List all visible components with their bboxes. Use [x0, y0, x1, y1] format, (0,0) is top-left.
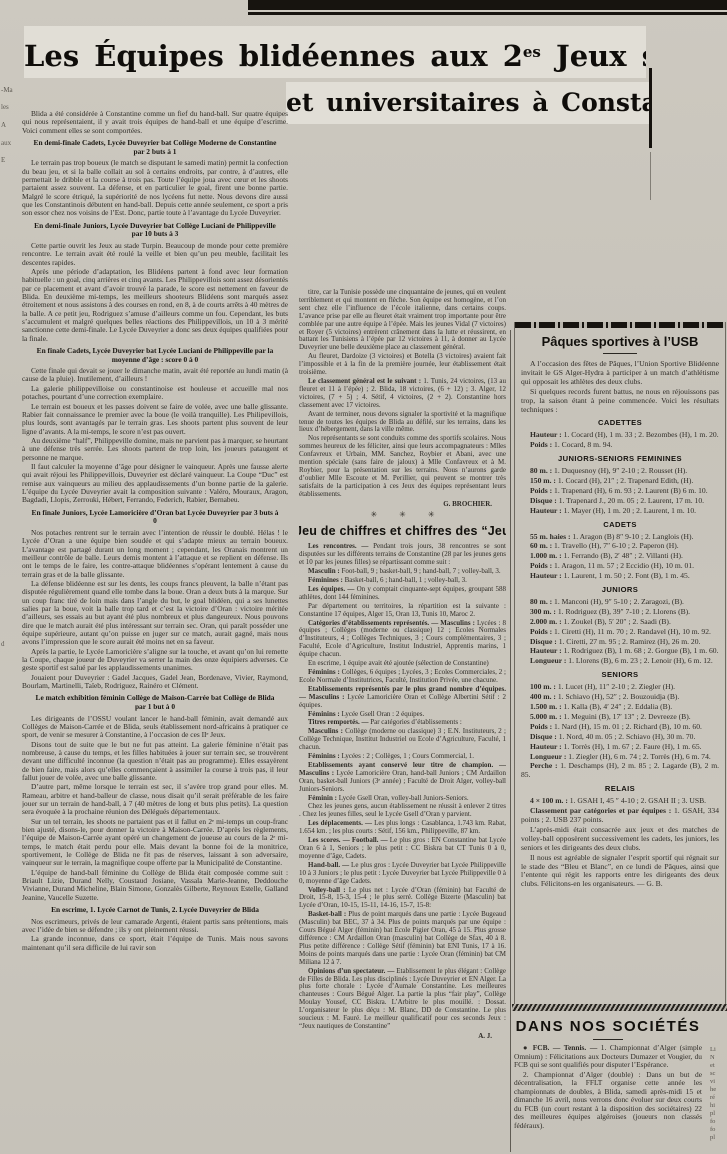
block-lead: 100 m. :	[530, 682, 556, 691]
block-text: 1. Rodriguez (B), 1 m. 68 ; 2. Gorgue (B…	[562, 646, 719, 655]
text-block: D’autre part, même lorsque le terrain es…	[22, 783, 288, 816]
block-lead: 80 m. :	[530, 597, 552, 606]
sub-headline: et universitaires à Constantine	[286, 82, 650, 124]
text-block: 300 m. : 1. Rodriguez (B), 39″ 7-10 ; 2.…	[521, 608, 719, 617]
text-block: Chez les jeunes gens, aucun établissemen…	[299, 803, 506, 819]
headline-rule	[649, 68, 652, 148]
block-lead: Féminines :	[308, 576, 343, 584]
block-text: Basket-ball, 6 ; hand-ball, 1 ; volley-b…	[343, 576, 467, 584]
block-lead: Féminin :	[308, 794, 337, 802]
block-text: Jouaient pour Duveyrier : Gadel Jacques,…	[22, 673, 288, 690]
block-text: Il faut calculer la moyenne d’âge pour d…	[22, 462, 288, 504]
block-text: 1. Ciretti (H), 11 m. 70 ; 2. Randavel (…	[552, 627, 711, 636]
text-block: Jouaient pour Duveyrier : Gadel Jacques,…	[22, 674, 288, 691]
block-text: Disons tout de suite que le but ne fut p…	[22, 740, 288, 782]
middle-column: titre, car la Tunisie possède une cinqua…	[299, 289, 506, 1152]
block-text: 1. Cocard (H), 21″ ; 2. Trapenard Edith,…	[556, 476, 693, 485]
text-block: 1.500 m. : 1. Kalla (B), 4′ 24″ ; 2. Edd…	[521, 703, 719, 712]
block-text: Foot-ball, 9 ; basket-ball, 9 ; hand-bal…	[340, 567, 501, 575]
text-block: Il faut calculer la moyenne d’âge pour d…	[22, 463, 288, 505]
block-text: Cette partie ouvrit les Jeux au stade Tu…	[22, 241, 288, 267]
text-block: 4 × 100 m. : 1. GSAH I, 45 ″ 4-10 ; 2. G…	[521, 797, 719, 806]
block-text: Avant de terminer, nous devons signaler …	[299, 410, 506, 434]
block-lead: 1.000 m. :	[530, 551, 562, 560]
text-block: Nos représentants se sont conduits comme…	[299, 435, 506, 498]
text-block: La galerie philippevilloise ou constanti…	[22, 385, 288, 402]
block-lead: Hauteur :	[530, 506, 562, 515]
block-text: 1. Llorens (B), 6 m. 23 ; 2. Lenoir (H),…	[566, 656, 712, 665]
block-text: A. J.	[478, 1032, 492, 1040]
text-block: Féminins : Lycée Gsell Oran : 2 équipes.	[299, 711, 506, 719]
block-text: Jeu de chiffres et chiffres des “Jeux”	[299, 524, 506, 538]
block-text: Nos escrimeurs, privés de leur camarade …	[22, 917, 288, 934]
masthead-bar-thin	[248, 12, 727, 15]
block-lead: Féminins :	[308, 668, 340, 676]
block-text: La défense blidéenne est sur les dents, …	[22, 579, 288, 646]
block-lead: Longueur :	[530, 752, 566, 761]
text-block: Le match exhibition féminin Collège de M…	[30, 694, 280, 711]
text-block: Avant de terminer, nous devons signaler …	[299, 411, 506, 435]
block-text: L’équipe de hand-ball féminine du Collèg…	[22, 868, 288, 902]
block-text: La galerie philippevilloise ou constanti…	[22, 384, 288, 401]
block-lead: Les rencontres. —	[308, 542, 368, 550]
text-block: 2.000 m. : 1. Zoukel (B), 5′ 20″ ; 2. Sa…	[521, 618, 719, 627]
block-text: Lycées : 2 ; Collèges, 1 ; Cours Commerc…	[340, 752, 474, 760]
block-text: 1. Lucet (H), 11″ 2-10 ; 2. Ziegler (H).	[556, 682, 675, 691]
block-text: En demi-finale Juniors, Lycée Duveyrier …	[34, 221, 276, 239]
text-block: 80 m. : 1. Duquesnoy (H), 9″ 2-10 ; 2. R…	[521, 467, 719, 476]
text-block: Volley-ball : Le plus net : Lycée d’Oran…	[299, 887, 506, 911]
text-block: En finale Cadets, Lycée Duveyrier bat Ly…	[30, 347, 280, 364]
text-block: Hauteur : 1. Cocard (H), 1 m. 33 ; 2. Be…	[521, 431, 719, 440]
edge-fragment: E	[1, 156, 5, 164]
text-block: Poids : 1. Nard (H), 15 m. 01 ; 2. Richa…	[521, 723, 719, 732]
block-text: 1. Manconi (H), 9″ 5-10 ; 2. Zaragozi, (…	[552, 597, 684, 606]
text-block: En demi-finale Cadets, Lycée Duveyrier b…	[30, 139, 280, 156]
block-lead: Titres remportés. —	[308, 718, 368, 726]
block-text: 1. Trapenard (H), 6 m. 93 ; 2. Laurent (…	[552, 486, 707, 495]
text-block: Les dirigeants de l’OSSU voulant lancer …	[22, 715, 288, 740]
text-block: Féminins : Lycées : 2 ; Collèges, 1 ; Co…	[299, 753, 506, 761]
block-lead: Basket-ball :	[308, 910, 346, 918]
block-text: 1. GSAH I, 45 ″ 4-10 ; 2. GSAH II ; 3. U…	[568, 796, 706, 805]
block-text: Le terrain est boueux et les passes doiv…	[22, 402, 288, 436]
text-block: Au fleuret, Dardoize (3 victoires) et Bo…	[299, 353, 506, 377]
block-text: 1. Aragon, 11 m. 57 ; 2 Eccidio (H), 10 …	[552, 561, 694, 570]
block-text: 1. Ferrando (B), 2′ 48″ ; 2. Villanti (H…	[562, 551, 683, 560]
block-lead: Le classement général est le suivant :	[308, 377, 421, 385]
block-text: Blida a été considérée à Constantine com…	[22, 110, 288, 135]
text-block: A l’occasion des fêtes de Pâques, l’Unio…	[521, 360, 719, 387]
block-text: CADETTES	[598, 418, 642, 427]
edge-fragment: les	[1, 103, 9, 111]
text-block: Longueur : 1. Ziegler (H), 6 m. 74 ; 2. …	[521, 753, 719, 762]
block-text: 1. Zoukel (B), 5′ 20″ ; 2. Saadi (B).	[562, 617, 671, 626]
text-block: Titres remportés. — Par catégories d’éta…	[299, 719, 506, 727]
text-block: 150 m. : 1. Cocard (H), 21″ ; 2. Trapena…	[521, 477, 719, 486]
text-block: Les rencontres. — Pendant trois jours, 3…	[299, 543, 506, 567]
edge-fragment: pl	[710, 1134, 715, 1142]
text-block: Le terrain pas trop boueux (le match se …	[22, 159, 288, 217]
block-lead: 60 m. :	[530, 541, 552, 550]
text-block: Blida a été considérée à Constantine com…	[22, 110, 288, 135]
block-lead: Hand-ball. —	[308, 861, 349, 869]
box-chain-border	[515, 322, 725, 328]
block-text: RELAIS	[605, 784, 635, 793]
block-lead: Hauteur :	[530, 571, 562, 580]
text-block: Hand-ball. — Le plus gros : Lycée Duveyr…	[299, 862, 506, 886]
block-text: 1. Schiavo (H), 52″ ; 2. Bouzouidja (B).	[556, 692, 679, 701]
text-block: Poids : 1. Aragon, 11 m. 57 ; 2 Eccidio …	[521, 562, 719, 571]
block-lead: Hauteur :	[530, 742, 562, 751]
text-block: CADETS	[521, 521, 719, 530]
masthead-bar	[248, 0, 727, 10]
block-lead: Catégories d’établissements représentés.…	[308, 619, 475, 627]
block-lead: Les équipes. —	[308, 585, 354, 593]
text-block: G. BROCHIER.	[299, 501, 506, 509]
block-lead: Féminins :	[308, 710, 340, 718]
edge-fragment: fo	[710, 1118, 715, 1126]
text-block: Basket-ball : Plus de point marqués dans…	[299, 911, 506, 966]
block-text: 1. Meguini (B), 17′ 13″ ; 2. Devreeze (B…	[562, 712, 691, 721]
block-text: En demi-finale Cadets, Lycée Duveyrier b…	[34, 138, 277, 156]
block-text: D’autre part, même lorsque le terrain es…	[22, 782, 288, 816]
text-block: Catégories d’établissements représentés.…	[299, 620, 506, 660]
left-column: Blida a été considérée à Constantine com…	[22, 110, 288, 1152]
edge-fragment: ré	[710, 1094, 715, 1102]
text-block: Etablissements représentés par le plus g…	[299, 686, 506, 710]
block-text: CADETS	[603, 520, 637, 529]
block-text: Chez les jeunes gens, aucun établissemen…	[299, 802, 506, 818]
block-text: Lycée Gsell Oran : 2 équipes.	[340, 710, 425, 718]
block-text: Le match exhibition féminin Collège de M…	[36, 693, 275, 711]
block-text: 1. Cocard (H), 1 m. 33 ; 2. Bezombes (H)…	[562, 430, 719, 439]
block-lead: 80 m. :	[530, 466, 552, 475]
text-block: Poids : 1. Ciretti (H), 11 m. 70 ; 2. Ra…	[521, 628, 719, 637]
text-block: Nos potaches rentrent sur le terrain ave…	[22, 529, 288, 579]
block-text: 1. Ciretti, 27 m. 95 ; 2. Ramirez (H), 2…	[557, 637, 701, 646]
block-text: Au fleuret, Dardoize (3 victoires) et Bo…	[299, 352, 506, 376]
paques-title: Pâques sportives à l’USB	[515, 334, 725, 354]
edge-fragment: he	[710, 1086, 716, 1094]
block-text: Sur un tel terrain, les shoots ne partai…	[22, 817, 288, 868]
text-block: L’équipe de hand-ball féminine du Collèg…	[22, 869, 288, 902]
text-block: titre, car la Tunisie possède une cinqua…	[299, 289, 506, 352]
block-text: Cette finale qui devait se jouer le dima…	[22, 366, 288, 383]
block-text: JUNIORS-SENIORS FEMININES	[558, 454, 682, 463]
block-text: A l’occasion des fêtes de Pâques, l’Unio…	[521, 359, 719, 386]
text-block: Le terrain est boueux et les passes doiv…	[22, 403, 288, 436]
block-text: 1. Rodriguez (B), 39″ 7-10 ; 2. Llorens …	[556, 607, 690, 616]
block-text: Lycée Gsell Oran, volley-ball Juniors-Se…	[337, 794, 469, 802]
block-lead: Poids :	[530, 440, 552, 449]
block-text: 1. Kalla (B), 4′ 24″ ; 2. Eddalia (B).	[562, 702, 672, 711]
text-block: Disons tout de suite que le but ne fut p…	[22, 741, 288, 783]
text-block: Cette partie ouvrit les Jeux au stade Tu…	[22, 242, 288, 267]
text-block: Nos escrimeurs, privés de leur camarade …	[22, 918, 288, 935]
block-text: En escrime, 1. Lycée Carnot de Tunis, 2.…	[51, 905, 259, 914]
text-block: Féminin : Lycée Gsell Oran, volley-ball …	[299, 795, 506, 803]
text-block: 5.000 m. : 1. Meguini (B), 17′ 13″ ; 2. …	[521, 713, 719, 722]
text-block: Cette finale qui devait se jouer le dima…	[22, 367, 288, 384]
text-block: Disque : 1. Nord, 40 m. 05 ; 2. Schiavo …	[521, 733, 719, 742]
text-block: Il nous est agréable de signaler l’espri…	[521, 854, 719, 890]
text-block: Les équipes. — On y comptait cinquante-s…	[299, 586, 506, 602]
text-block: SENIORS	[521, 671, 719, 680]
block-text: Le terrain pas trop boueux (le match se …	[22, 158, 288, 217]
block-text: ✳ ✳ ✳	[370, 510, 444, 519]
block-lead: Les déplacements. —	[308, 819, 372, 827]
text-block: JUNIORS-SENIORS FEMININES	[521, 455, 719, 464]
column-rule	[510, 330, 511, 1152]
headline-superscript: es	[523, 43, 541, 61]
block-lead: Masculins :	[308, 727, 343, 735]
block-lead: Poids :	[530, 486, 552, 495]
paques-article-box: Pâques sportives à l’USB A l’occasion de…	[514, 322, 726, 1004]
text-block: En escrime, 1 équipe avait été ajoutée (…	[299, 660, 506, 668]
block-text: L’après-midi était consacrée aux jeux et…	[521, 825, 719, 852]
block-lead: Disque :	[530, 637, 557, 646]
block-lead: Opinions d’un spectateur. —	[308, 967, 394, 975]
text-block: Opinions d’un spectateur. — Etablissemen…	[299, 968, 506, 1031]
text-block: Longueur : 1. Llorens (B), 6 m. 23 ; 2. …	[521, 657, 719, 666]
newspaper-page: Les Équipes blidéennes aux 2es Jeux scol…	[0, 0, 727, 1154]
text-block: En escrime, 1. Lycée Carnot de Tunis, 2.…	[30, 906, 280, 915]
block-lead: 2.000 m. :	[530, 617, 562, 626]
edge-fragment: vi	[710, 1078, 715, 1086]
text-block: 1.000 m. : 1. Ferrando (B), 2′ 48″ ; 2. …	[521, 552, 719, 561]
block-lead: Disque :	[530, 732, 557, 741]
block-lead: Masculin :	[308, 567, 340, 575]
block-text: Nos potaches rentrent sur le terrain ave…	[22, 528, 288, 579]
block-lead: Volley-ball :	[308, 886, 346, 894]
text-block: Masculin : Foot-ball, 9 ; basket-ball, 9…	[299, 568, 506, 576]
societies-title: DANS NOS SOCIÉTÉS	[514, 1018, 702, 1040]
block-text: Au deuxième “half”, Philippeville domine…	[22, 436, 288, 462]
block-text: Nos représentants se sont conduits comme…	[299, 434, 506, 497]
block-lead: Poids :	[530, 561, 552, 570]
text-block: Si quelques records furent battus, ne no…	[521, 388, 719, 415]
edge-fragment: aux	[1, 139, 11, 147]
text-block: Le classement général est le suivant : 1…	[299, 378, 506, 410]
block-lead: Disque :	[530, 496, 557, 505]
edge-fragment: d	[1, 640, 5, 648]
block-text: La grande inconnue, dans ce sport, était…	[22, 934, 288, 951]
text-block: Hauteur : 1. Torrès (H), 1 m. 67 ; 2. Fa…	[521, 743, 719, 752]
block-text: En finale Juniors, Lycée Lamoricière d’O…	[32, 508, 279, 526]
block-lead: 400 m. :	[530, 692, 556, 701]
main-headline: Les Équipes blidéennes aux 2es Jeux scol…	[24, 26, 646, 78]
block-text: Après une période d’adaptation, les Blid…	[22, 267, 288, 343]
text-block: La grande inconnue, dans ce sport, était…	[22, 935, 288, 952]
text-block: La défense blidéenne est sur les dents, …	[22, 580, 288, 647]
block-lead: Poids :	[530, 722, 552, 731]
block-text: JUNIORS	[602, 585, 639, 594]
edge-fragment: hi	[710, 1102, 715, 1110]
text-block: L’après-midi était consacrée aux jeux et…	[521, 826, 719, 853]
text-block: Disque : 1. Ciretti, 27 m. 95 ; 2. Ramir…	[521, 638, 719, 647]
block-text: G. BROCHIER.	[443, 500, 492, 508]
block-text: 1. Aragon (B) 8″ 9-10 ; 2. Langlois (H).	[571, 532, 694, 541]
block-lead: Longueur :	[530, 656, 566, 665]
text-block: Hauteur : 1. Mayer (H), 1 m. 20 ; 2. Lau…	[521, 507, 719, 516]
text-block: Les scores. — Football. — Le plus gros :…	[299, 837, 506, 861]
text-block: ● FCB. — Tennis. — 1. Championnat d’Alge…	[514, 1044, 702, 1070]
block-text: 1. Trapenard J., 20 m. 05 ; 2. Laurent, …	[557, 496, 704, 505]
block-text: En finale Cadets, Lycée Duveyrier bat Ly…	[37, 346, 274, 364]
block-text: Par département ou territoires, la répar…	[299, 602, 506, 618]
block-text: 1. Nord, 40 m. 05 ; 2. Schiavo (H), 30 m…	[557, 732, 696, 741]
text-block: Par département ou territoires, la répar…	[299, 603, 506, 619]
block-lead: Hauteur :	[530, 430, 562, 439]
headline-rule-faint	[650, 152, 651, 200]
text-block: En finale Juniors, Lycée Lamoricière d’O…	[30, 509, 280, 526]
edge-fragment: -Ma	[1, 86, 13, 94]
text-block: Masculins : Collège (moderne ou classiqu…	[299, 728, 506, 752]
block-text: Si quelques records furent battus, ne no…	[521, 387, 719, 414]
edge-fragment: et	[710, 1062, 715, 1070]
block-lead: Les scores. — Football. —	[308, 836, 388, 844]
text-block: 400 m. : 1. Schiavo (H), 52″ ; 2. Bouzou…	[521, 693, 719, 702]
headline-text-pre: Les Équipes blidéennes aux 2	[24, 39, 523, 73]
societies-section: DANS NOS SOCIÉTÉS ● FCB. — Tennis. — 1. …	[514, 1014, 702, 1154]
text-block: Féminines : Basket-ball, 6 ; hand-ball, …	[299, 577, 506, 585]
text-block: JUNIORS	[521, 586, 719, 595]
block-lead: 150 m. :	[530, 476, 556, 485]
block-text: titre, car la Tunisie possède une cinqua…	[299, 289, 506, 351]
text-block: Après une période d’adaptation, les Blid…	[22, 268, 288, 343]
block-text: Après la partie, le Lycée Lamoricière s’…	[22, 647, 288, 673]
block-lead: Perche :	[530, 761, 557, 770]
block-text: Par catégories d’établissements :	[368, 718, 461, 726]
text-block: 100 m. : 1. Lucet (H), 11″ 2-10 ; 2. Zie…	[521, 683, 719, 692]
text-block: Hauteur : 1. Rodriguez (B), 1 m. 68 ; 2.…	[521, 647, 719, 656]
text-block: Les déplacements. — Les plus longs : Cas…	[299, 820, 506, 836]
text-block: 2. Championnat d’Alger (double) : Dans u…	[514, 1071, 702, 1131]
edge-fragment: Li	[710, 1046, 716, 1054]
headline-text-post: Jeux scolaires	[541, 39, 646, 73]
block-text: Plus de point marqués dans une partie : …	[299, 910, 506, 965]
text-block: Au deuxième “half”, Philippeville domine…	[22, 437, 288, 462]
block-text: SENIORS	[602, 670, 639, 679]
block-lead: 5.000 m. :	[530, 712, 562, 721]
block-text: 1. Duquesnoy (H), 9″ 2-10 ; 2. Rousset (…	[552, 466, 687, 475]
text-block: Sur un tel terrain, les shoots ne partai…	[22, 818, 288, 868]
text-block: Poids : 1. Trapenard (H), 6 m. 93 ; 2. L…	[521, 487, 719, 496]
block-text: 2. Championnat d’Alger (double) : Dans u…	[514, 1070, 702, 1130]
block-text: 1. Cocard, 8 m. 94.	[552, 440, 612, 449]
text-block: Hauteur : 1. Laurent, 1 m. 50 ; 2. Font …	[521, 572, 719, 581]
block-lead: 1.500 m. :	[530, 702, 562, 711]
text-block: ✳ ✳ ✳	[299, 511, 506, 519]
societies-body: ● FCB. — Tennis. — 1. Championnat d’Alge…	[514, 1044, 702, 1130]
text-block: Etablissements ayant conservé leur titre…	[299, 762, 506, 794]
text-block: CADETTES	[521, 419, 719, 428]
text-block: 80 m. : 1. Manconi (H), 9″ 5-10 ; 2. Zar…	[521, 598, 719, 607]
block-lead: 4 × 100 m. :	[530, 796, 568, 805]
block-lead: Poids :	[530, 627, 552, 636]
edge-fragment: A	[1, 121, 6, 129]
block-lead: 300 m. :	[530, 607, 556, 616]
edge-fragment: N	[710, 1054, 715, 1062]
text-block: 60 m. : 1. Travello (H), 7″ 6-10 ; 2. Pa…	[521, 542, 719, 551]
block-text: Il nous est agréable de signaler l’espri…	[521, 853, 719, 889]
text-block: Disque : 1. Trapenard J., 20 m. 05 ; 2. …	[521, 497, 719, 506]
text-block: Classement par catégories et par équipes…	[521, 807, 719, 825]
text-block: A. J.	[299, 1033, 506, 1041]
edge-fragment: pl	[710, 1110, 715, 1118]
edge-fragment: sc	[710, 1070, 715, 1078]
block-text: 1. Travello (H), 7″ 6-10 ; 2. Paperon (H…	[552, 541, 679, 550]
text-block: Après la partie, le Lycée Lamoricière s’…	[22, 648, 288, 673]
block-lead: Classement par catégories et par équipes…	[530, 806, 671, 815]
block-lead: Féminins :	[308, 752, 340, 760]
text-block: En demi-finale Juniors, Lycée Duveyrier …	[30, 222, 280, 239]
text-block: RELAIS	[521, 785, 719, 794]
block-text: En escrime, 1 équipe avait été ajoutée (…	[308, 659, 489, 667]
text-block: 55 m. haies : 1. Aragon (B) 8″ 9-10 ; 2.…	[521, 533, 719, 542]
block-text: 1. Nard (H), 15 m. 01 ; 2. Richard (B), …	[552, 722, 702, 731]
block-text: Les dirigeants de l’OSSU voulant lancer …	[22, 714, 288, 740]
text-block: Jeu de chiffres et chiffres des “Jeux”	[299, 524, 506, 538]
text-block: Poids : 1. Cocard, 8 m. 94.	[521, 441, 719, 450]
block-text: 1. Mayer (H), 1 m. 20 ; 2. Laurent, 1 m.…	[562, 506, 696, 515]
block-text: 1. Torrès (H), 1 m. 67 ; 2. Faure (H), 1…	[562, 742, 702, 751]
block-lead: Hauteur :	[530, 646, 562, 655]
block-text: Etablissement le plus élégant : Collège …	[299, 967, 506, 1030]
block-text: 1. Ziegler (H), 6 m. 74 ; 2. Torrès (H),…	[566, 752, 710, 761]
block-text: 1. Laurent, 1 m. 50 ; 2. Font (B), 1 m. …	[562, 571, 690, 580]
hatched-rule	[512, 1004, 727, 1011]
text-block: Féminins : Collèges, 6 équipes ; Lycées,…	[299, 669, 506, 685]
block-lead: 55 m. haies :	[530, 532, 571, 541]
paques-body: A l’occasion des fêtes de Pâques, l’Unio…	[515, 356, 725, 889]
text-block: Perche : 1. Deschamps (H), 2 m. 85 ; 2. …	[521, 762, 719, 780]
edge-fragment: fo	[710, 1126, 715, 1134]
